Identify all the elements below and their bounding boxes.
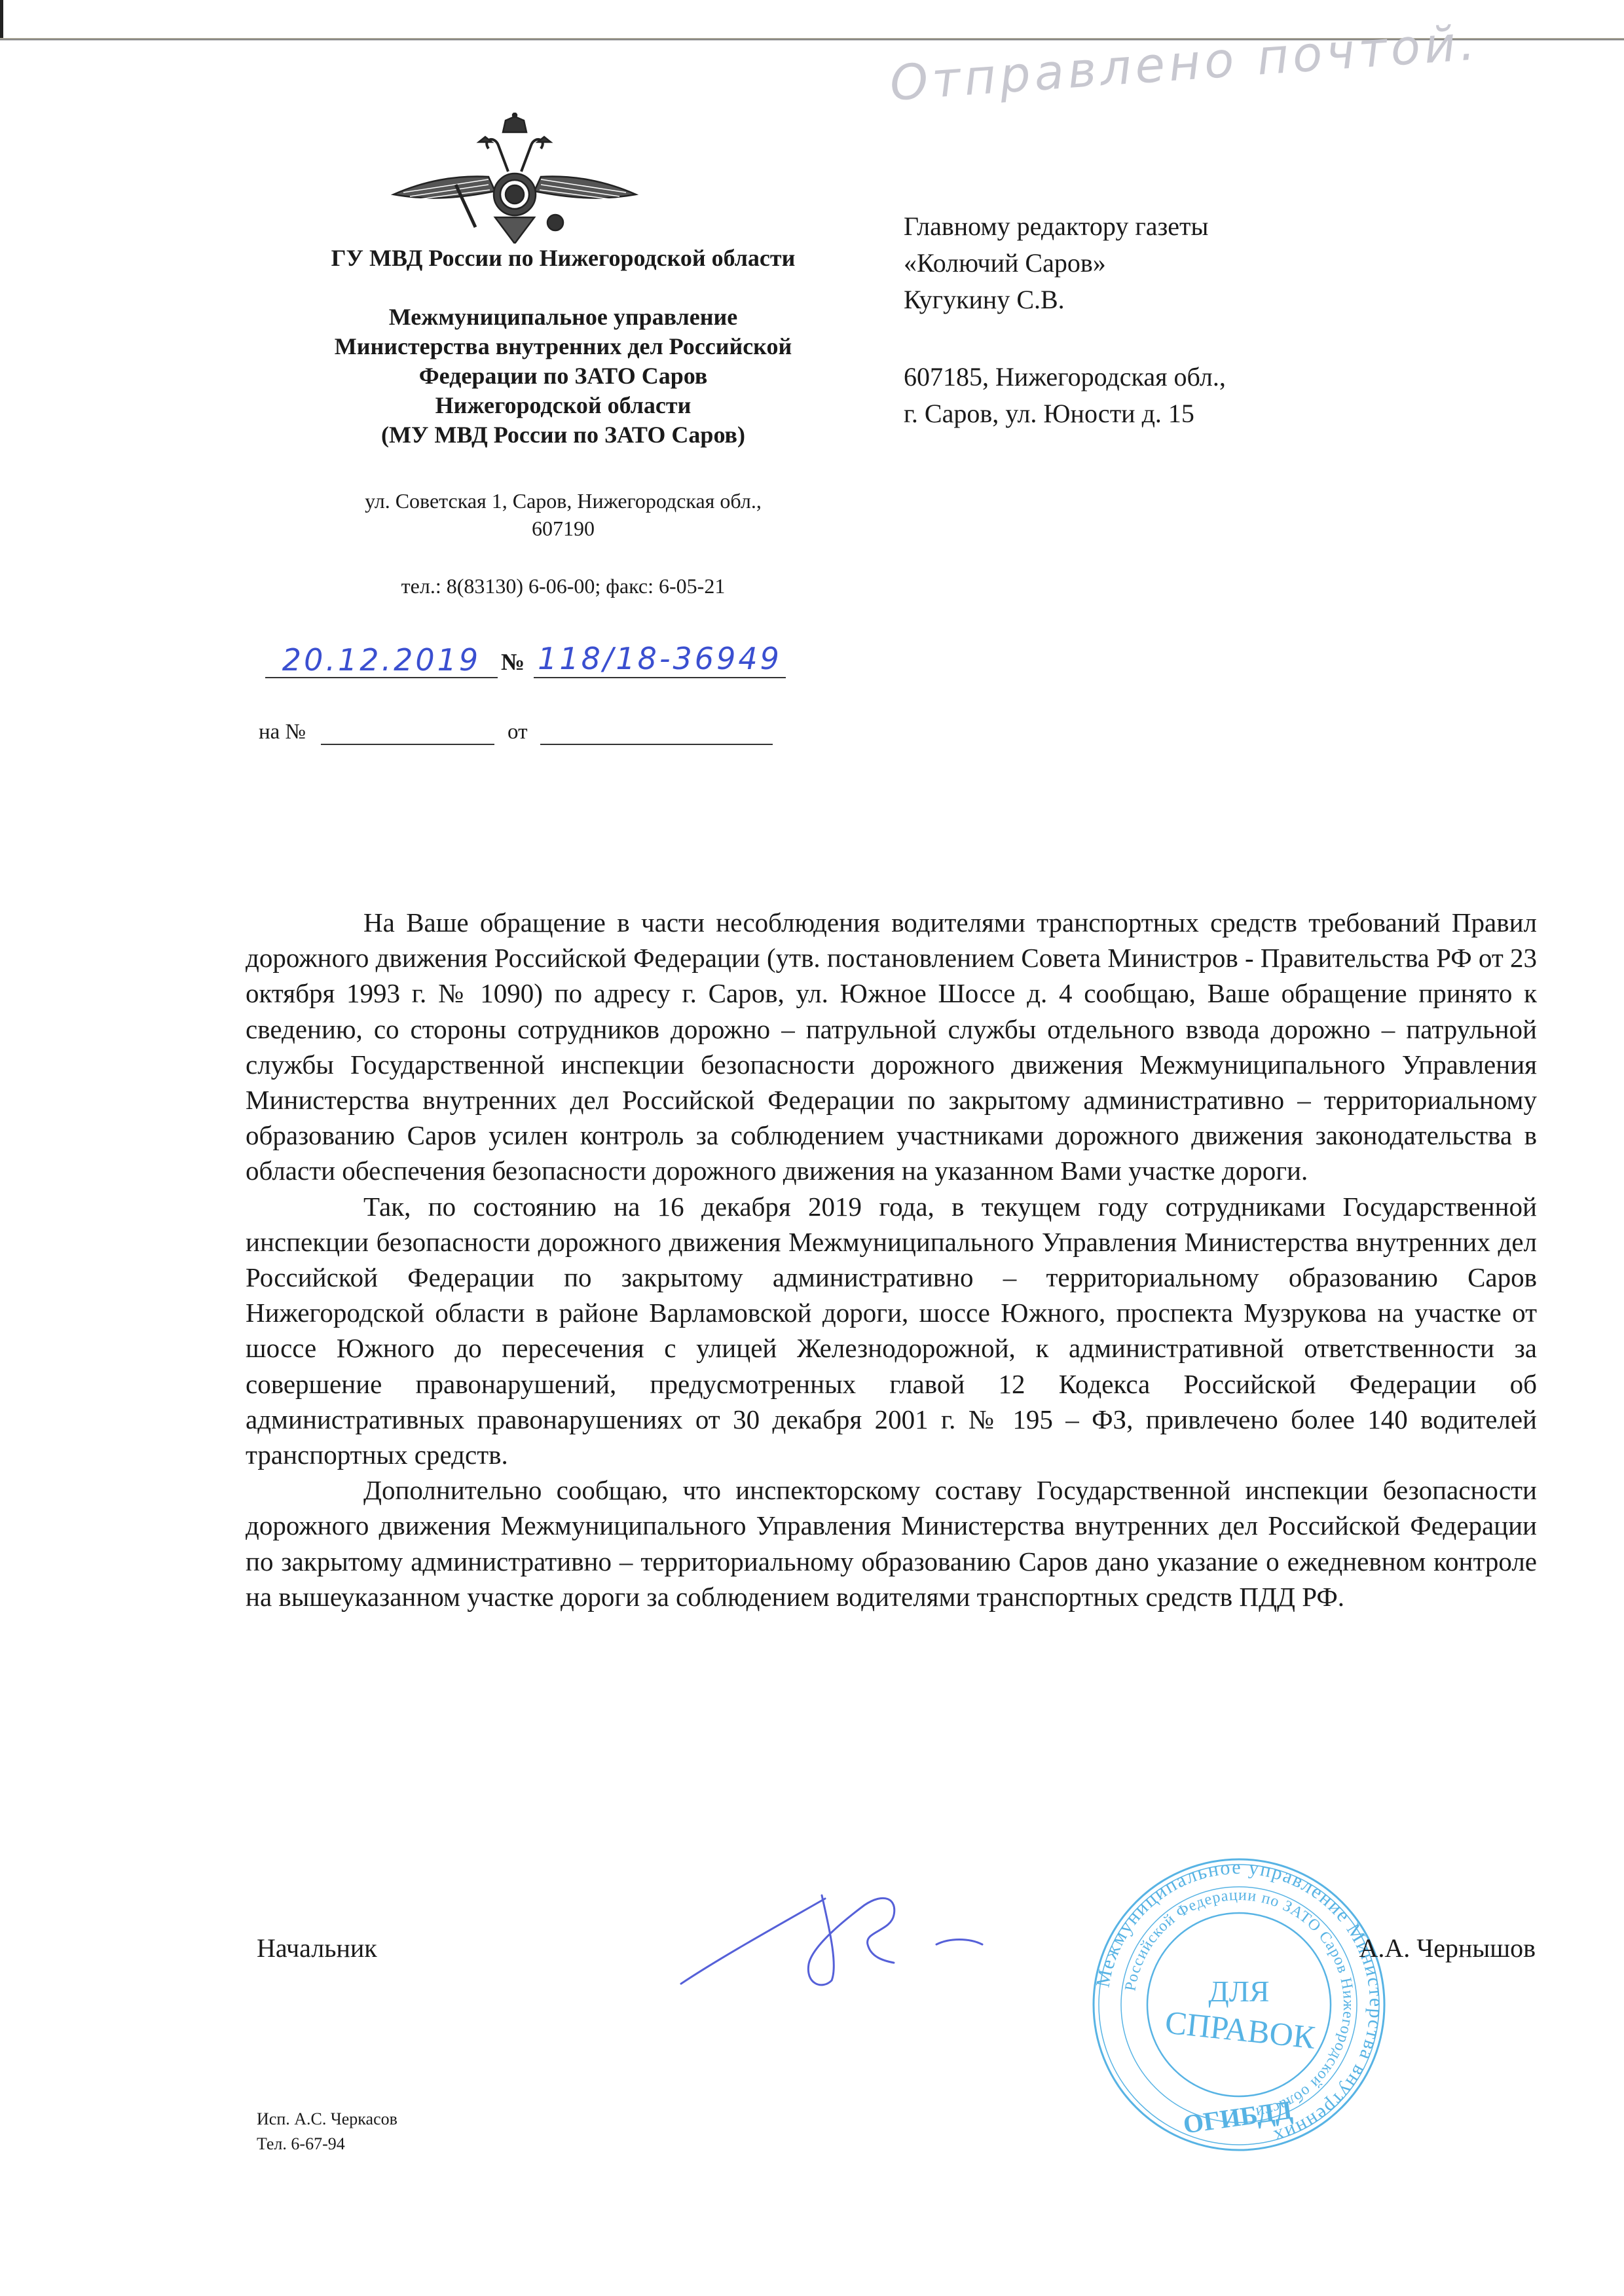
signatory-name: А.А. Чернышов <box>1310 1933 1536 1963</box>
executor-info: Исп. А.С. Черкасов Тел. 6-67-94 <box>257 2107 397 2157</box>
body-paragraph: На Ваше обращение в части несоблюдения в… <box>246 905 1537 1189</box>
sender-phone: тел.: 8(83130) 6-06-00; факс: 6-05-21 <box>196 572 930 600</box>
recipient-line: «Колючий Саров» <box>904 245 1493 282</box>
org-line: (МУ МВД России по ЗАТО Саров) <box>196 420 930 450</box>
org-line: Нижегородской области <box>196 391 930 420</box>
reply-from-date-field <box>540 744 773 745</box>
address-line: ул. Советская 1, Саров, Нижегородская об… <box>196 487 930 515</box>
reply-reference-row: на № от <box>259 720 848 753</box>
registration-number: 118/18-36949 <box>534 638 786 678</box>
address-line: 607190 <box>196 515 930 542</box>
number-sign: № <box>501 648 525 676</box>
body-paragraph: Так, по состоянию на 16 декабря 2019 год… <box>246 1189 1537 1473</box>
signatory-title: Начальник <box>257 1933 377 1963</box>
recipient-address-line: г. Саров, ул. Юности д. 15 <box>904 395 1493 432</box>
stamp-center-line-1: ДЛЯ <box>1208 1975 1269 2008</box>
reply-to-label: на № <box>259 720 306 744</box>
executor-phone: Тел. 6-67-94 <box>257 2132 397 2157</box>
executor-name: Исп. А.С. Черкасов <box>257 2107 397 2132</box>
registration-date: 20.12.2019 <box>265 640 498 678</box>
org-line: Федерации по ЗАТО Саров <box>196 361 930 391</box>
reply-from-label: от <box>507 720 528 744</box>
sender-address: ул. Советская 1, Саров, Нижегородская об… <box>196 487 930 542</box>
mvd-eagle-emblem-icon <box>390 113 639 244</box>
handwritten-pencil-note: Отправлено почтой. <box>888 21 1390 128</box>
stamp-center-line-2: СПРАВОК <box>1164 2003 1318 2056</box>
official-round-stamp-icon: Межмуниципальное управление Министерства… <box>1088 1854 1390 2155</box>
org-line: Межмуниципальное управление <box>196 302 930 332</box>
reply-to-number-field <box>321 744 494 745</box>
recipient-address-line: 607185, Нижегородская обл., <box>904 359 1493 395</box>
letter-body: На Ваше обращение в части несоблюдения в… <box>246 905 1537 1614</box>
sender-org-block: Межмуниципальное управление Министерства… <box>196 302 930 450</box>
recipient-line: Главному редактору газеты <box>904 208 1493 245</box>
body-paragraph: Дополнительно сообщаю, что инспекторском… <box>246 1472 1537 1614</box>
scan-edge-artifact <box>0 0 3 41</box>
handwritten-signature-icon <box>668 1886 1022 1990</box>
recipient-block: Главному редактору газеты «Колючий Саров… <box>904 208 1493 432</box>
recipient-line: Кугукину С.В. <box>904 282 1493 318</box>
parent-org-name: ГУ МВД России по Нижегородской области <box>196 244 930 273</box>
registration-row: 20.12.2019 № 118/18-36949 <box>259 640 848 686</box>
org-line: Министерства внутренних дел Российской <box>196 332 930 361</box>
